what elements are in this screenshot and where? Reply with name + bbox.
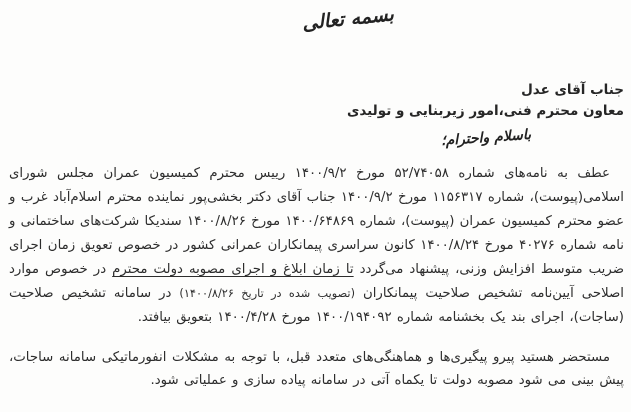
recipient-title: معاون محترم فنی،امور زیربنایی و تولیدی xyxy=(347,101,624,122)
recipient-name: جناب آقای عدل xyxy=(347,80,624,101)
salutation-calligraphy: باسلام واحترام؛ xyxy=(440,127,531,149)
body-paragraph-2: مستحضر هستید پیرو پیگیری‌ها و هماهنگی‌ها… xyxy=(9,346,624,392)
recipient-block: جناب آقای عدل معاون محترم فنی،امور زیربن… xyxy=(347,80,624,122)
body-paragraph-1: عطف به نامه‌های شماره ۵۲/۷۴۰۵۸ مورخ ۱۴۰۰… xyxy=(9,162,624,330)
bismillah-header: بسمه تعالی xyxy=(0,8,631,30)
paragraph1-parenthetical-date: (تصویب شده در تاریخ ۱۴۰۰/۸/۲۶) xyxy=(179,287,355,300)
paragraph1-underlined-phrase: تا زمان ابلاغ و اجرای مصوبه دولت محترم xyxy=(112,262,353,277)
bismillah-calligraphy: بسمه تعالی xyxy=(301,3,395,34)
paragraph1-segment1: عطف به نامه‌های شماره ۵۲/۷۴۰۵۸ مورخ ۱۴۰۰… xyxy=(9,166,624,277)
letter-page: بسمه تعالی جناب آقای عدل معاون محترم فنی… xyxy=(0,0,631,412)
